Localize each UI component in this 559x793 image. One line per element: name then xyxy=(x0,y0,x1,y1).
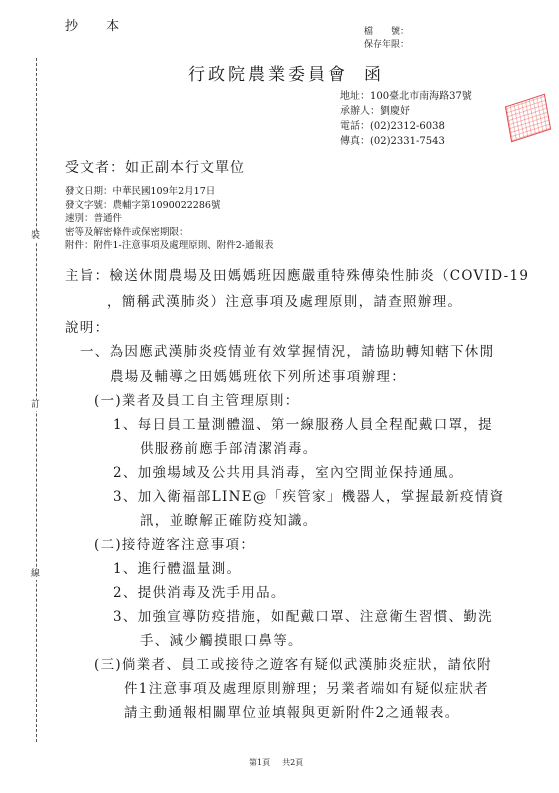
fax: 傳真：(02)2331-7543 xyxy=(340,134,472,149)
sub3-line-1: (三)倘業者、員工或接待之遊客有疑似武漢肺炎症狀，請依附 xyxy=(94,653,492,673)
recipient: 受文者：如正副本行文單位 xyxy=(65,157,245,177)
sub3-line-3: 請主動通報相關單位並填報與更新附件2之通報表。 xyxy=(124,701,460,721)
sub2-item-1: 1、進行體溫量測。 xyxy=(113,557,241,577)
sub2-item-3-line-2: 手、減少觸摸眼口鼻等。 xyxy=(140,629,303,649)
attachments: 附件：附件1-注意事項及處理原則、附件2-通報表 xyxy=(65,239,274,253)
handler: 承辦人：劉慶妤 xyxy=(340,104,472,119)
sub1-item-2: 2、加強場域及公共用具消毒，室內空間並保持通風。 xyxy=(113,461,463,481)
subject-line-1: 主旨：檢送休閒農場及田媽媽班因應嚴重特殊傳染性肺炎（COVID-19 xyxy=(65,264,529,284)
issue-date: 發文日期：中華民國109年2月17日 xyxy=(65,185,274,199)
section1-line-1: 一、為因應武漢肺炎疫情並有效掌握情況，請協助轉知轄下休閒 xyxy=(80,340,494,360)
sub1-item-3-line-2: 訊，並瞭解正確防疫知識。 xyxy=(140,509,318,529)
address: 地址：100臺北市南海路37號 xyxy=(340,89,472,104)
sub1-item-1-line-1: 1、每日員工量測體溫、第一線服務人員全程配戴口罩，提 xyxy=(113,413,493,433)
doc-number: 發文字號：農輔字第1090022286號 xyxy=(65,199,274,213)
file-number-label: 檔 號： xyxy=(364,26,409,39)
sub1-heading: (一)業者及員工自主管理原則： xyxy=(94,389,300,409)
sub3-line-2: 件1注意事項及處理原則辦理；另業者端如有疑似症狀者 xyxy=(124,677,489,697)
sub2-heading: (二)接待遊客注意事項： xyxy=(94,533,255,553)
doc-info: 發文日期：中華民國109年2月17日 發文字號：農輔字第1090022286號 … xyxy=(65,185,274,253)
section1-line-2: 農場及輔導之田媽媽班依下列所述事項辦理： xyxy=(110,365,406,385)
sub1-item-1-line-2: 供服務前應手部清潔消毒。 xyxy=(140,437,318,457)
speed: 速別：普通件 xyxy=(65,212,274,226)
file-meta: 檔 號： 保存年限： xyxy=(364,26,409,52)
sub1-item-3-line-1: 3、加入衛福部LINE@「疾管家」機器人，掌握最新疫情資 xyxy=(113,485,504,505)
page-title: 行政院農業委員會函 xyxy=(188,60,384,85)
sub2-item-3-line-1: 3、加強宣導防疫措施，如配戴口罩、注意衛生習慣、勤洗 xyxy=(113,605,493,625)
subject-line-2: ，簡稱武漢肺炎）注意事項及處理原則，請查照辦理。 xyxy=(107,290,462,310)
page-footer: 第1頁共2頁 xyxy=(249,757,303,768)
sub2-item-2: 2、提供消毒及洗手用品。 xyxy=(113,581,286,601)
retention-label: 保存年限： xyxy=(364,39,409,52)
explanation-label: 說明： xyxy=(65,316,109,336)
copy-mark: 抄 本 xyxy=(65,15,131,34)
official-seal-stamp xyxy=(505,94,551,143)
doc-type: 函 xyxy=(364,65,384,85)
binding-label-xian: 線 xyxy=(31,569,40,580)
page-number: 第1頁 xyxy=(249,758,270,767)
agency-name: 行政院農業委員會 xyxy=(188,65,348,85)
phone: 電話：(02)2312-6038 xyxy=(340,119,472,134)
binding-label-zhuang: 裝 xyxy=(31,231,40,242)
secrecy: 密等及解密條件或保密期限： xyxy=(65,226,274,240)
binding-label-ding: 訂 xyxy=(31,400,40,411)
contact-block: 地址：100臺北市南海路37號 承辦人：劉慶妤 電話：(02)2312-6038… xyxy=(340,89,472,149)
page-total: 共2頁 xyxy=(282,758,303,767)
